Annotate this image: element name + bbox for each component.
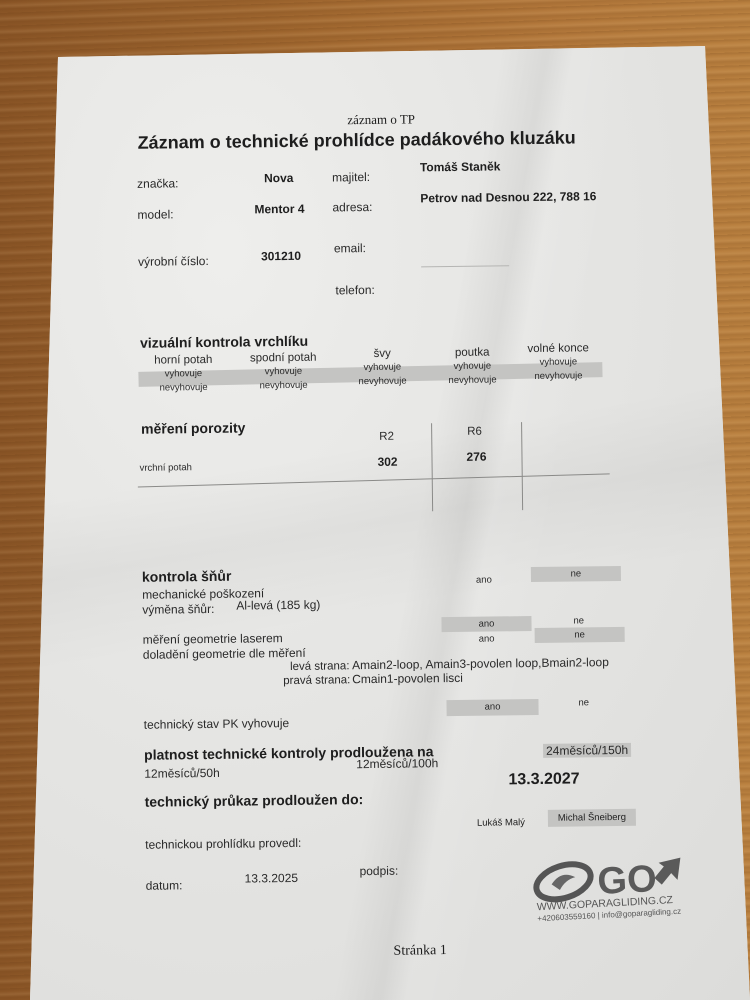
phone-label: telefon: bbox=[335, 283, 375, 297]
brand-value: Nova bbox=[264, 171, 294, 185]
visual-check-not-ok-option[interactable]: nevyhovuje bbox=[229, 377, 339, 394]
model-value: Mentor 4 bbox=[254, 202, 304, 217]
validity-option-12m-50h[interactable]: 12měsíců/50h bbox=[144, 766, 220, 781]
trim-yes[interactable]: ano bbox=[479, 633, 495, 644]
right-side-label: pravá strana: bbox=[283, 674, 350, 687]
mechanical-damage-no-selected[interactable]: ne bbox=[531, 566, 621, 582]
extended-label: technický průkaz prodloužen do: bbox=[145, 791, 364, 810]
goparagliding-stamp: GO WWW.GOPARAGLIDING.CZ +420603559160 | … bbox=[530, 851, 703, 930]
performed-label: technickou prohlídku provedl: bbox=[145, 836, 301, 852]
porosity-col-line-2 bbox=[521, 422, 523, 510]
owner-label: majitel: bbox=[332, 170, 370, 184]
left-side-label: levá strana: bbox=[290, 660, 350, 673]
trim-label: doladění geometrie dle měření bbox=[143, 646, 306, 662]
document-content: záznam o TP Záznam o technické prohlídce… bbox=[0, 0, 750, 1000]
visual-check-table: horní potahvyhovujenevyhovujespodní pota… bbox=[0, 0, 744, 5]
brand-label: značka: bbox=[137, 176, 179, 191]
extended-value: 13.3.2027 bbox=[508, 770, 579, 789]
state-no[interactable]: ne bbox=[578, 697, 589, 708]
porosity-row-label: vrchní potah bbox=[140, 462, 192, 474]
porosity-title: měření porozity bbox=[141, 420, 245, 437]
laser-yes-selected[interactable]: ano bbox=[441, 616, 531, 632]
laser-no[interactable]: ne bbox=[573, 615, 584, 626]
mechanical-damage-yes[interactable]: ano bbox=[476, 575, 492, 586]
lines-check-title: kontrola šňůr bbox=[142, 568, 232, 585]
visual-check-title: vizuální kontrola vrchlíku bbox=[140, 333, 308, 351]
porosity-header-r6: R6 bbox=[467, 426, 482, 438]
porosity-value-r6: 276 bbox=[466, 450, 486, 464]
trim-no-selected[interactable]: ne bbox=[535, 627, 625, 643]
porosity-header-r2: R2 bbox=[379, 431, 394, 443]
serial-label: výrobní číslo: bbox=[138, 254, 209, 269]
validity-option-24m-150h-selected[interactable]: 24měsíců/150h bbox=[543, 743, 631, 758]
porosity-divider bbox=[138, 473, 610, 487]
date-label: datum: bbox=[146, 878, 183, 892]
replacement-value: Al-levá (185 kg) bbox=[236, 598, 320, 613]
replacement-label: výměna šňůr: bbox=[142, 602, 214, 617]
page-number: Stránka 1 bbox=[393, 943, 446, 960]
address-label: adresa: bbox=[332, 200, 372, 214]
right-side-value: Cmain1-povolen lisci bbox=[352, 671, 463, 686]
serial-value: 301210 bbox=[261, 249, 301, 263]
address-value: Petrov nad Desnou 222, 788 16 bbox=[420, 189, 596, 205]
left-side-value: Amain2-loop, Amain3-povolen loop,Bmain2-… bbox=[352, 655, 609, 672]
porosity-col-line-1 bbox=[431, 423, 433, 511]
date-value: 13.3.2025 bbox=[245, 871, 299, 886]
visual-check-not-ok-option[interactable]: nevyhovuje bbox=[503, 368, 613, 385]
state-label: technický stav PK vyhovuje bbox=[144, 716, 290, 732]
inspector-lukas[interactable]: Lukáš Malý bbox=[477, 817, 525, 829]
laser-label: měření geometrie laserem bbox=[143, 631, 283, 647]
header-small: záznam o TP bbox=[347, 111, 415, 128]
owner-value: Tomáš Staněk bbox=[420, 159, 501, 174]
porosity-value-r2: 302 bbox=[377, 455, 397, 469]
email-field-line bbox=[421, 265, 509, 267]
visual-check-not-ok-option[interactable]: nevyhovuje bbox=[129, 380, 239, 397]
inspector-michal-selected[interactable]: Michal Šneiberg bbox=[548, 809, 636, 827]
model-label: model: bbox=[137, 207, 173, 221]
state-yes-selected[interactable]: ano bbox=[446, 699, 538, 716]
validity-option-12m-100h[interactable]: 12měsíců/100h bbox=[356, 756, 438, 771]
signature-label: podpis: bbox=[359, 864, 398, 878]
email-label: email: bbox=[334, 241, 366, 255]
document-title: Záznam o technické prohlídce padákového … bbox=[137, 127, 575, 153]
